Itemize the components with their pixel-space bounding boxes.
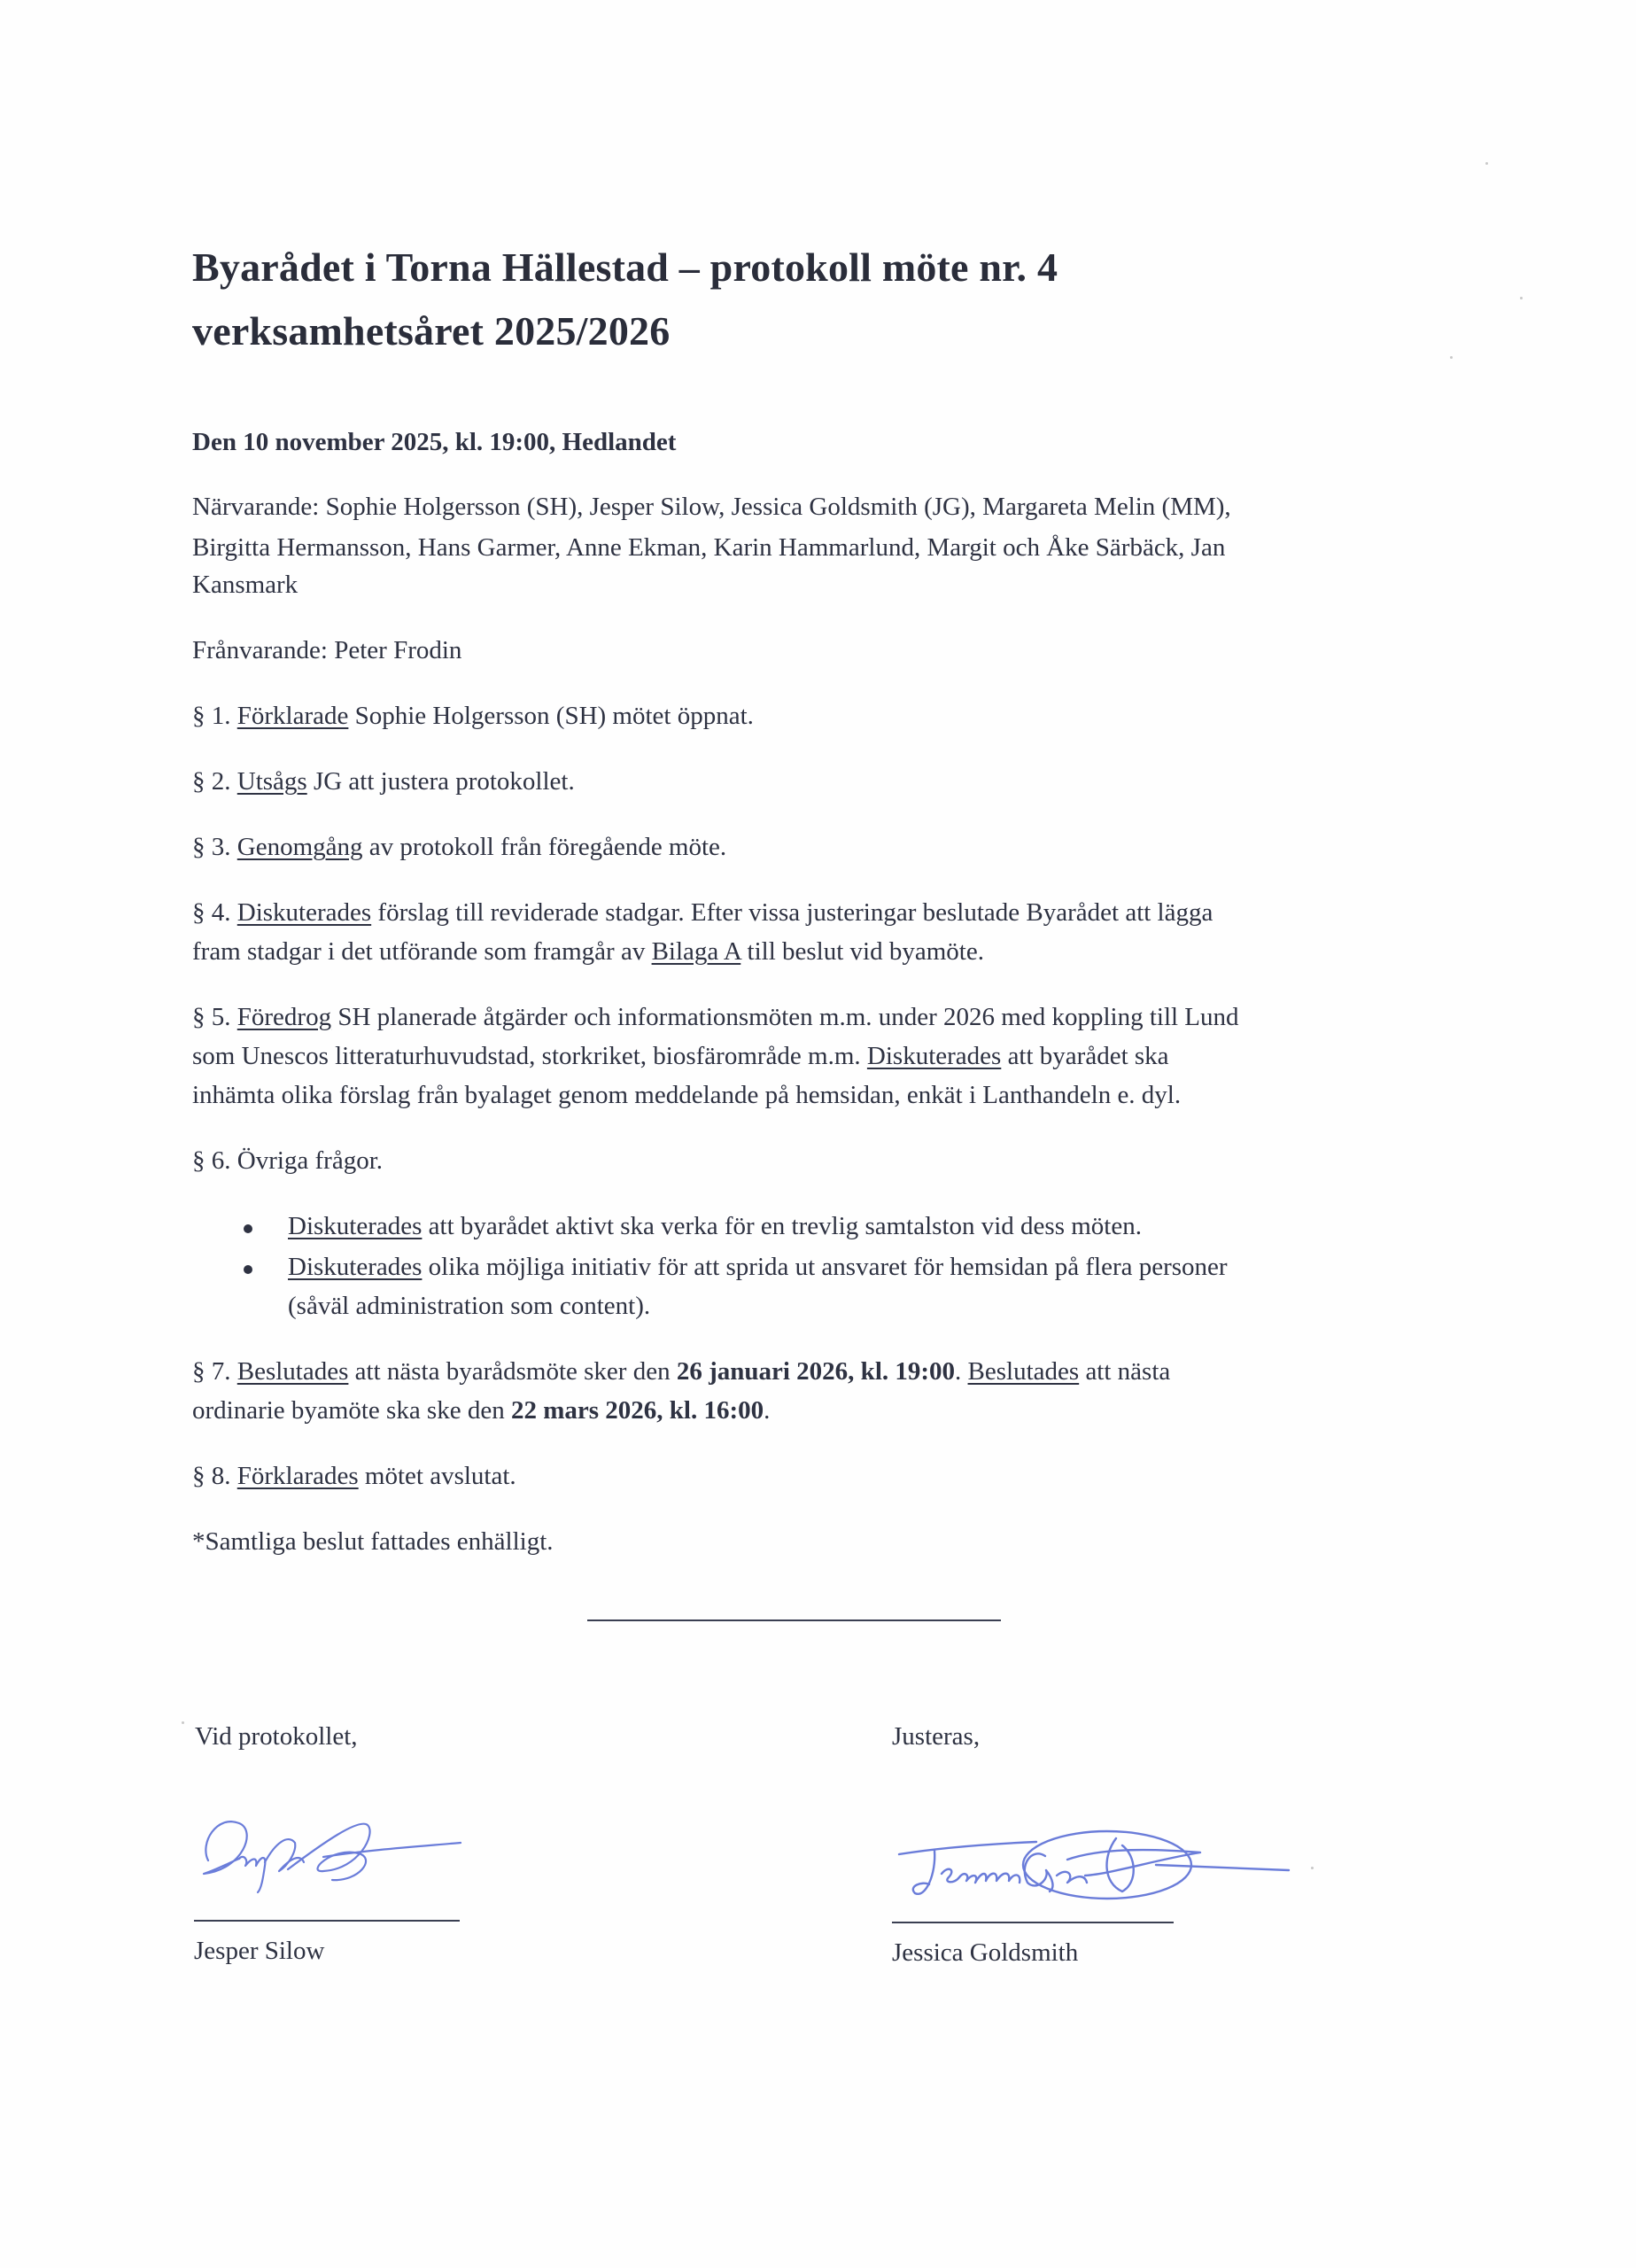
section-5-line-3: inhämta olika förslag från byalaget geno… [192, 1076, 1181, 1115]
section-keyword: Förklarade [237, 702, 349, 730]
section-keyword: Diskuterades [288, 1253, 422, 1281]
attendees-names-1: Sophie Holgersson (SH), Jesper Silow, Je… [326, 493, 1231, 521]
absentees-names: Peter Frodin [334, 636, 461, 664]
next-village-meeting-date: 22 mars 2026, kl. 16:00 [511, 1396, 764, 1425]
left-signatory-name: Jesper Silow [194, 1931, 324, 1970]
section-6-bullet-1: Diskuterades att byarådet aktivt ska ver… [288, 1207, 1142, 1246]
section-number: § 8. [192, 1462, 231, 1490]
section-text: Sophie Holgersson (SH) mötet öppnat. [348, 702, 754, 730]
document-title-line-1: Byarådet i Torna Hällestad – protokoll m… [192, 236, 1058, 299]
section-keyword: Utsågs [237, 767, 307, 796]
section-number: § 2. [192, 767, 231, 796]
section-text: ordinarie byamöte ska ske den [192, 1396, 511, 1425]
section-keyword: Beslutades [237, 1357, 349, 1386]
section-3: § 3. Genomgång av protokoll från föregåe… [192, 827, 726, 866]
section-5-line-2: som Unescos litteraturhuvudstad, storkri… [192, 1037, 1169, 1076]
left-signature-line [194, 1920, 460, 1922]
scan-speck [1450, 356, 1453, 359]
section-text: SH planerade åtgärder och informationsmö… [331, 1003, 1238, 1031]
right-signature-line [892, 1922, 1174, 1923]
section-text: Övriga frågor. [231, 1146, 384, 1175]
attachment-reference: Bilaga A [652, 937, 741, 966]
section-6-bullet-2-continuation: (såväl administration som content). [288, 1286, 650, 1325]
section-4-line-1: § 4. Diskuterades förslag till reviderad… [192, 893, 1213, 932]
section-number: § 4. [192, 898, 231, 927]
section-keyword: Beslutades [968, 1357, 1080, 1386]
section-2: § 2. Utsågs JG att justera protokollet. [192, 762, 575, 801]
right-signature-label: Justeras, [892, 1717, 980, 1756]
section-text: att byarådet ska [1001, 1042, 1168, 1070]
section-text: av protokoll från föregående möte. [363, 833, 727, 861]
section-7-line-1: § 7. Beslutades att nästa byarådsmöte sk… [192, 1352, 1170, 1391]
meeting-date-location: Den 10 november 2025, kl. 19:00, Hedland… [192, 423, 676, 462]
section-text: att nästa [1079, 1357, 1170, 1386]
bullet-point [244, 1224, 252, 1233]
section-6-heading: § 6. Övriga frågor. [192, 1141, 383, 1180]
section-keyword: Diskuterades [867, 1042, 1001, 1070]
next-council-meeting-date: 26 januari 2026, kl. 19:00 [677, 1357, 955, 1386]
section-text: . [764, 1396, 770, 1425]
section-text: fram stadgar i det utförande som framgår… [192, 937, 652, 966]
handwritten-signature-jesper-silow [190, 1807, 474, 1905]
section-text: . [955, 1357, 968, 1386]
section-8: § 8. Förklarades mötet avslutat. [192, 1456, 516, 1495]
section-number: § 5. [192, 1003, 231, 1031]
attendees-line-3: Kansmark [192, 565, 298, 604]
section-number: § 7. [192, 1357, 231, 1386]
section-keyword: Genomgång [237, 833, 363, 861]
section-number: § 6. [192, 1146, 231, 1175]
section-text: som Unescos litteraturhuvudstad, storkri… [192, 1042, 867, 1070]
section-number: § 3. [192, 833, 231, 861]
absentees-label: Frånvarande: [192, 636, 328, 664]
scan-speck [1485, 162, 1488, 165]
section-text: JG att justera protokollet. [307, 767, 575, 796]
section-keyword: Diskuterades [288, 1212, 422, 1240]
unanimous-note: *Samtliga beslut fattades enhälligt. [192, 1522, 554, 1561]
section-text: att byarådet aktivt ska verka för en tre… [422, 1212, 1142, 1240]
attendees-line-2: Birgitta Hermansson, Hans Garmer, Anne E… [192, 528, 1225, 567]
section-text: till beslut vid byamöte. [740, 937, 984, 966]
right-signatory-name: Jessica Goldsmith [892, 1933, 1078, 1972]
handwritten-signature-jessica-goldsmith [890, 1821, 1306, 1918]
section-text: att nästa byarådsmöte sker den [348, 1357, 676, 1386]
section-keyword: Föredrog [237, 1003, 331, 1031]
scan-speck [182, 1721, 184, 1724]
section-number: § 1. [192, 702, 231, 730]
document-title-line-2: verksamhetsåret 2025/2026 [192, 299, 670, 363]
section-7-line-2: ordinarie byamöte ska ske den 22 mars 20… [192, 1391, 770, 1430]
section-keyword: Förklarades [237, 1462, 359, 1490]
attendees-line-1: Närvarande: Sophie Holgersson (SH), Jesp… [192, 487, 1231, 526]
section-6-bullet-2: Diskuterades olika möjliga initiativ för… [288, 1247, 1228, 1286]
section-4-line-2: fram stadgar i det utförande som framgår… [192, 932, 984, 971]
scanned-document-page: Byarådet i Torna Hällestad – protokoll m… [0, 0, 1636, 2268]
scan-speck [1311, 1867, 1314, 1869]
section-text: förslag till reviderade stadgar. Efter v… [371, 898, 1213, 927]
absentees: Frånvarande: Peter Frodin [192, 631, 461, 670]
section-keyword: Diskuterades [237, 898, 371, 927]
bullet-point [244, 1265, 252, 1274]
section-1: § 1. Förklarade Sophie Holgersson (SH) m… [192, 696, 754, 735]
separator-line [587, 1619, 1001, 1621]
scan-speck [1520, 297, 1523, 299]
section-5-line-1: § 5. Föredrog SH planerade åtgärder och … [192, 998, 1239, 1037]
left-signature-label: Vid protokollet, [195, 1717, 358, 1756]
attendees-label: Närvarande: [192, 493, 319, 521]
section-text: olika möjliga initiativ för att sprida u… [422, 1253, 1227, 1281]
section-text: mötet avslutat. [359, 1462, 516, 1490]
